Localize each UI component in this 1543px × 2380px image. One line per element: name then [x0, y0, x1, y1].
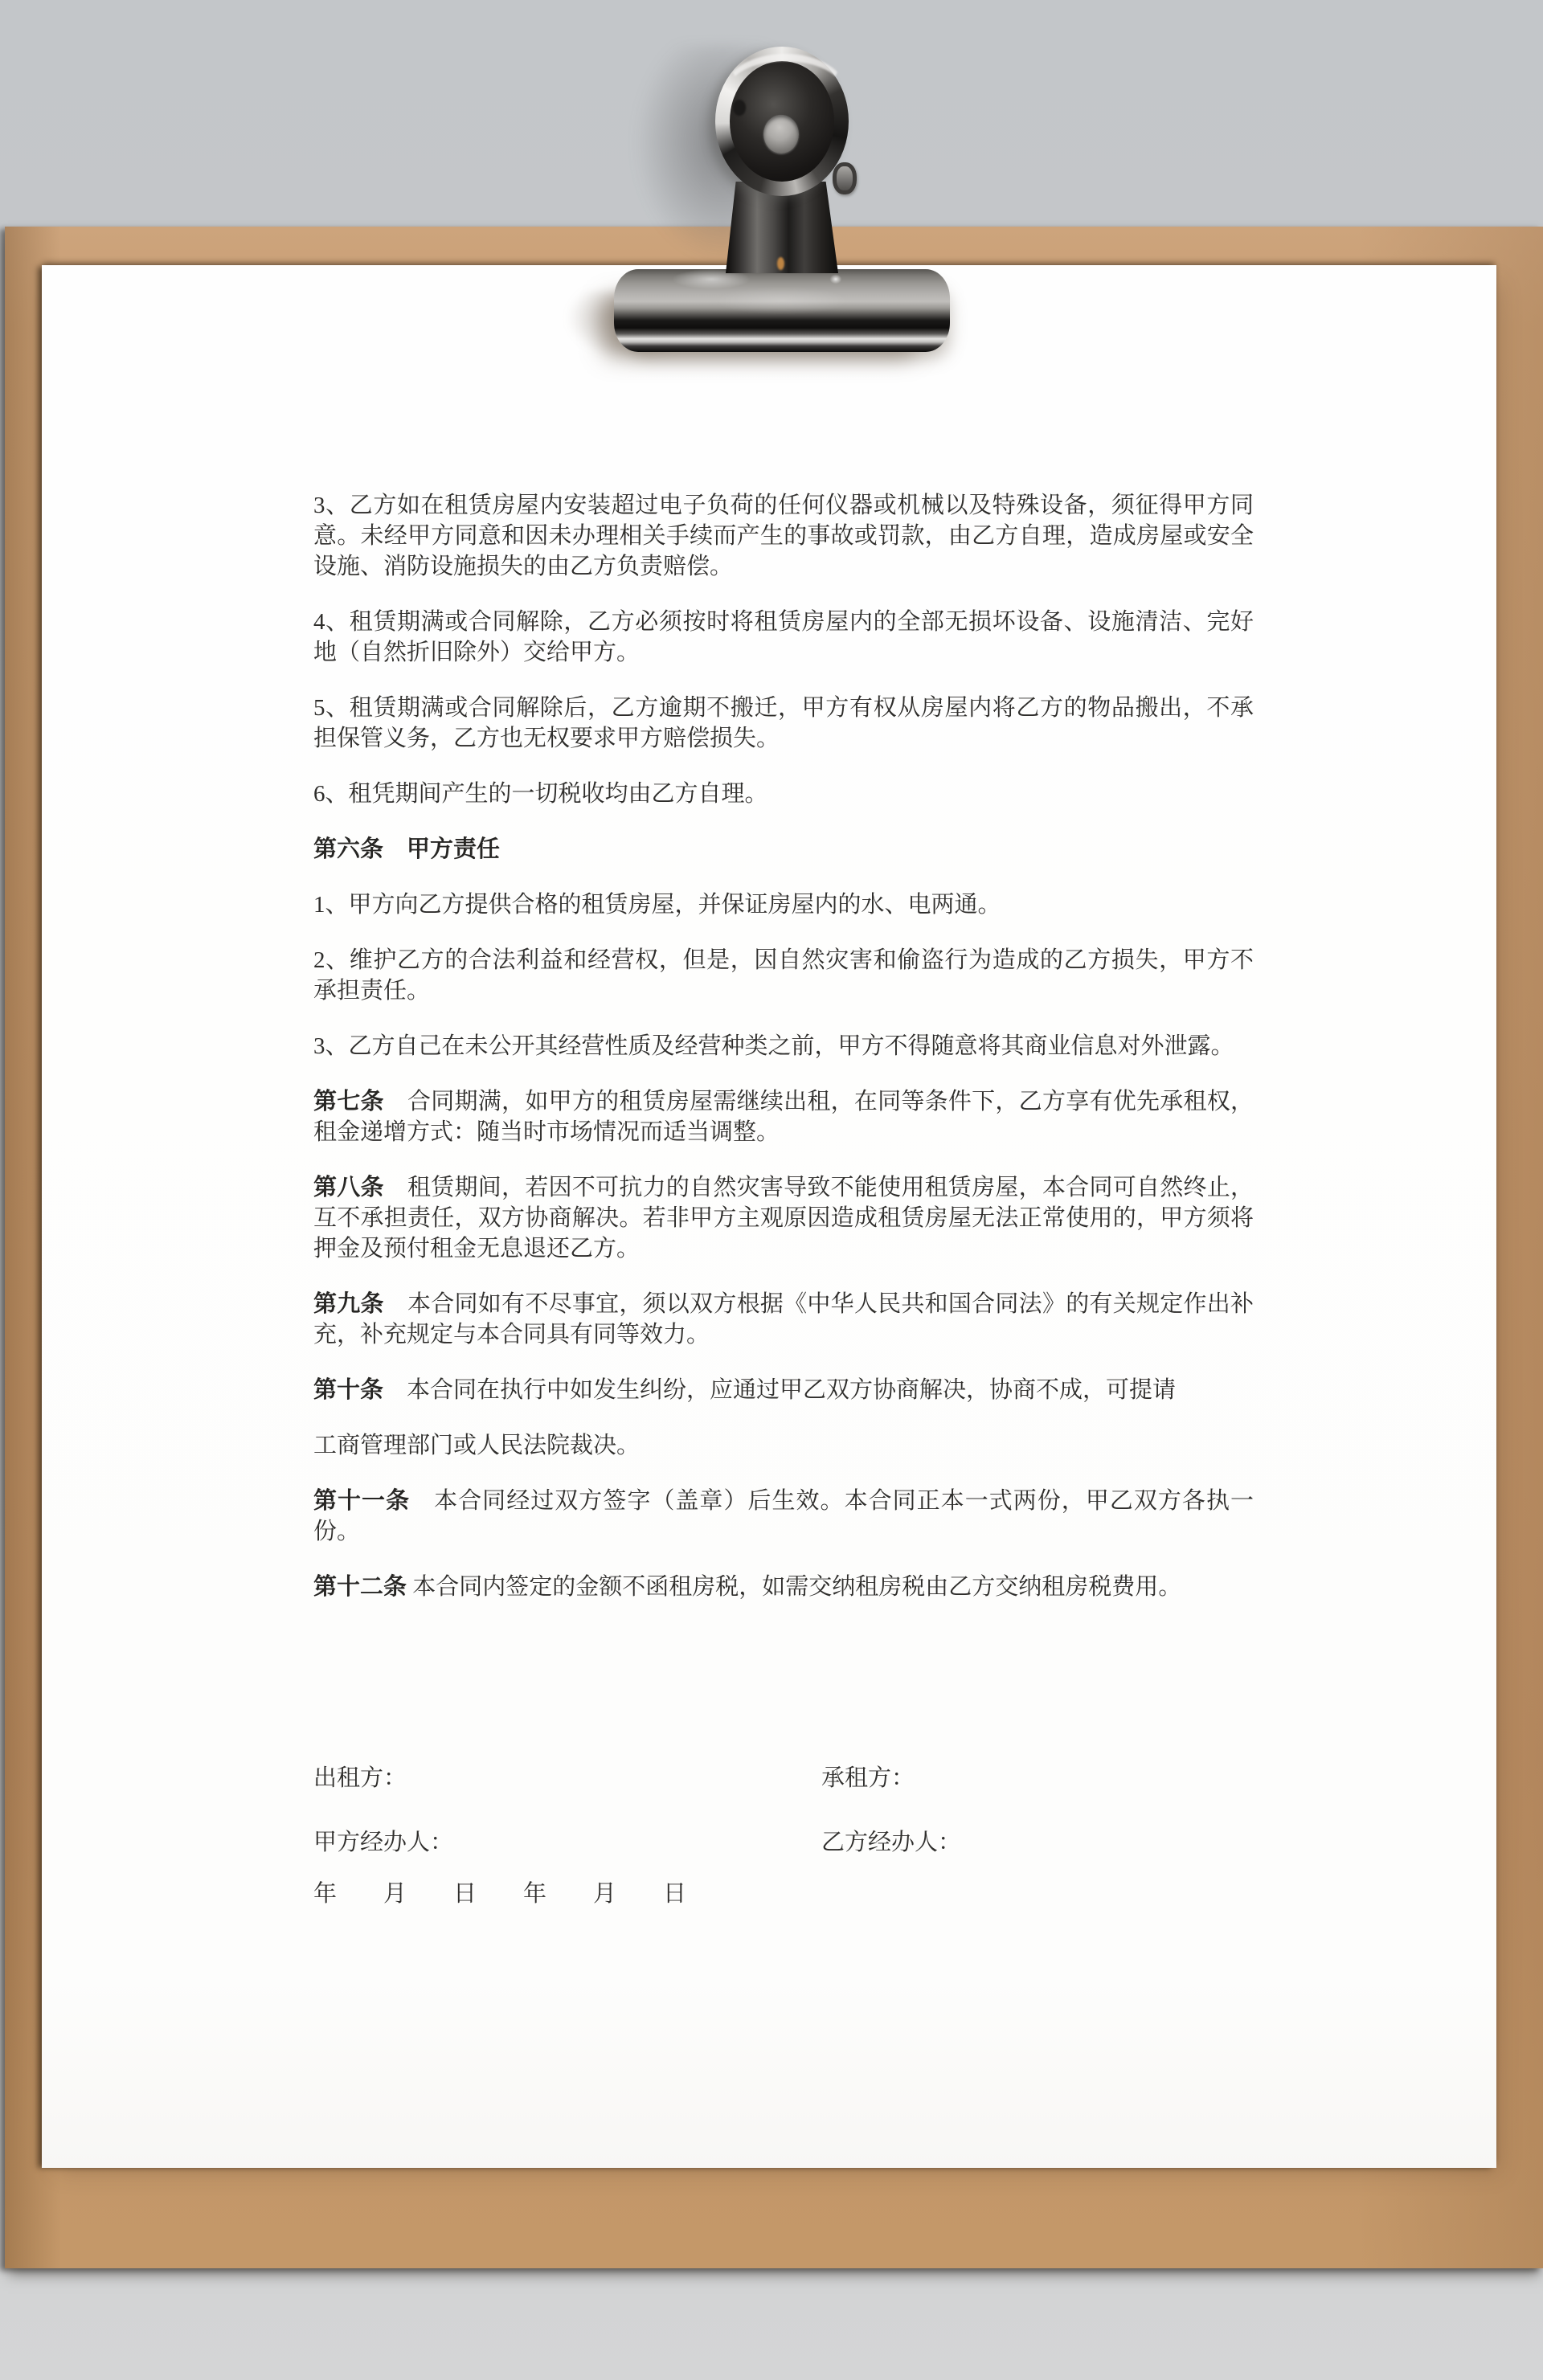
photo-backdrop: 3、乙方如在租赁房屋内安装超过电子负荷的任何仪器或机械以及特殊设备，须征得甲方同… — [0, 0, 1543, 2380]
clip-base-bar — [614, 269, 950, 352]
clause-text: 本合同经过双方签字（盖章）后生效。本合同正本一式两份，甲乙双方各执一份。 — [313, 1488, 1254, 1544]
clip-coil-dimple — [733, 100, 746, 116]
clause-number: 第八条 — [313, 1175, 384, 1200]
clause-text: 工商管理部门或人民法院裁决。 — [313, 1433, 640, 1458]
contract-body: 3、乙方如在租赁房屋内安装超过电子负荷的任何仪器或机械以及特殊设备，须征得甲方同… — [313, 490, 1254, 1627]
clause-text: 2、维护乙方的合法利益和经营权，但是，因自然灾害和偷盗行为造成的乙方损失，甲方不… — [313, 947, 1254, 1004]
lessee-label: 承租方： — [821, 1763, 915, 1793]
clause-text: 合同期满，如甲方的租赁房屋需继续出租，在同等条件下，乙方享有优先承租权，租金递增… — [313, 1089, 1254, 1145]
contract-paragraph: 2、维护乙方的合法利益和经营权，但是，因自然灾害和偷盗行为造成的乙方损失，甲方不… — [313, 945, 1254, 1006]
clause-text: 4、租赁期满或合同解除，乙方必须按时将租赁房屋内的全部无损坏设备、设施清洁、完好… — [313, 609, 1254, 665]
clause-text: 本合同内签定的金额不函租房税，如需交纳租房税由乙方交纳租房税费用。 — [407, 1574, 1181, 1600]
contract-paragraph: 第九条 本合同如有不尽事宜，须以双方根据《中华人民共和国合同法》的有关规定作出补… — [313, 1289, 1254, 1350]
clause-number: 第七条 — [313, 1089, 384, 1114]
clause-number: 第十条 — [313, 1377, 383, 1403]
contract-paragraph: 5、租赁期满或合同解除后，乙方逾期不搬迁，甲方有权从房屋内将乙方的物品搬出，不承… — [313, 693, 1254, 754]
clause-text: 6、租凭期间产生的一切税收均由乙方自理。 — [313, 781, 768, 807]
clause-text: 本合同在执行中如发生纠纷，应通过甲乙双方协商解决，协商不成，可提请 — [383, 1377, 1176, 1403]
binder-clip — [0, 0, 1543, 418]
clip-hole — [763, 115, 799, 153]
contract-paragraph: 6、租凭期间产生的一切税收均由乙方自理。 — [313, 779, 1254, 809]
clause-number: 第六条 甲方责任 — [313, 836, 500, 862]
contract-paragraph: 第八条 租赁期间，若因不可抗力的自然灾害导致不能使用租赁房屋，本合同可自然终止，… — [313, 1172, 1254, 1264]
signature-section: 出租方： 承租方： 甲方经办人： 乙方经办人： 年 月 日 年 月 日 — [313, 1763, 1318, 1909]
clause-number: 第十二条 — [313, 1574, 407, 1600]
clause-number: 第十一条 — [313, 1488, 410, 1514]
contract-paragraph: 第十条 本合同在执行中如发生纠纷，应通过甲乙双方协商解决，协商不成，可提请 — [313, 1375, 1254, 1405]
contract-paragraph: 3、乙方自己在未公开其经营性质及经营种类之前，甲方不得随意将其商业信息对外泄露。 — [313, 1031, 1254, 1061]
contract-paragraph: 第七条 合同期满，如甲方的租赁房屋需继续出租，在同等条件下，乙方享有优先承租权，… — [313, 1086, 1254, 1147]
clause-text: 5、租赁期满或合同解除后，乙方逾期不搬迁，甲方有权从房屋内将乙方的物品搬出，不承… — [313, 695, 1254, 751]
contract-paragraph: 工商管理部门或人民法院裁决。 — [313, 1430, 1254, 1461]
clause-text: 本合同如有不尽事宜，须以双方根据《中华人民共和国合同法》的有关规定作出补充，补充… — [313, 1291, 1254, 1347]
contract-page: 3、乙方如在租赁房屋内安装超过电子负荷的任何仪器或机械以及特殊设备，须征得甲方同… — [42, 265, 1496, 2168]
clip-wire-hook — [833, 162, 857, 194]
signature-row-parties: 出租方： 承租方： — [313, 1763, 1318, 1793]
contract-paragraph: 4、租赁期满或合同解除，乙方必须按时将租赁房屋内的全部无损坏设备、设施清洁、完好… — [313, 607, 1254, 668]
lessor-label: 出租方： — [313, 1765, 407, 1791]
clause-number: 第九条 — [313, 1291, 384, 1317]
contract-paragraph: 第六条 甲方责任 — [313, 834, 1254, 865]
contract-paragraph: 第十二条 本合同内签定的金额不函租房税，如需交纳租房税由乙方交纳租房税费用。 — [313, 1572, 1254, 1602]
contract-paragraph: 1、甲方向乙方提供合格的租赁房屋，并保证房屋内的水、电两通。 — [313, 889, 1254, 920]
clause-text: 1、甲方向乙方提供合格的租赁房屋，并保证房屋内的水、电两通。 — [313, 892, 1001, 918]
signature-row-date: 年 月 日 年 月 日 — [313, 1879, 1318, 1909]
contract-paragraph: 第十一条 本合同经过双方签字（盖章）后生效。本合同正本一式两份，甲乙双方各执一份… — [313, 1486, 1254, 1547]
party-b-agent-label: 乙方经办人： — [821, 1827, 961, 1858]
contract-paragraph: 3、乙方如在租赁房屋内安装超过电子负荷的任何仪器或机械以及特殊设备，须征得甲方同… — [313, 490, 1254, 582]
clause-text: 3、乙方如在租赁房屋内安装超过电子负荷的任何仪器或机械以及特殊设备，须征得甲方同… — [313, 493, 1254, 579]
party-a-agent-label: 甲方经办人： — [313, 1830, 453, 1855]
signature-row-agents: 甲方经办人： 乙方经办人： — [313, 1827, 1318, 1858]
clause-text: 租赁期间，若因不可抗力的自然灾害导致不能使用租赁房屋，本合同可自然终止，互不承担… — [313, 1175, 1254, 1262]
clause-text: 3、乙方自己在未公开其经营性质及经营种类之前，甲方不得随意将其商业信息对外泄露。 — [313, 1033, 1234, 1059]
date-line: 年 月 日 年 月 日 — [313, 1881, 686, 1907]
